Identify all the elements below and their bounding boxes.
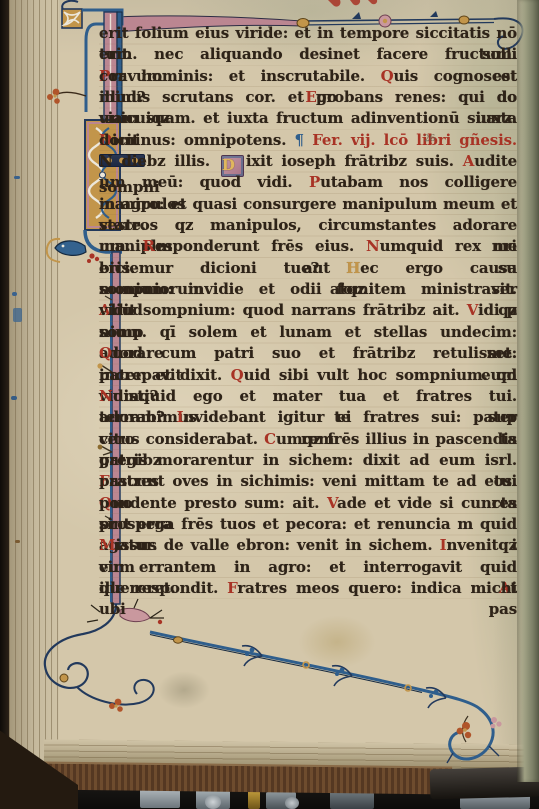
page-edges-left: [9, 0, 59, 765]
text-line: Numquid ego et mater tua et fratres tui.…: [99, 386, 517, 407]
text-line: Quod cum patri suo et frātribz retulisse…: [99, 343, 517, 364]
rubricated-text: C: [264, 430, 276, 448]
text-line: erit folium eius viride: et in tempore s…: [99, 23, 517, 44]
text-line: vestros qz manipulos, circumstantes ador…: [99, 215, 517, 236]
rubricated-text: V: [467, 301, 478, 319]
text-run: pascunt oves in sichimis: veni mittam te…: [99, 472, 517, 490]
screw-head: [285, 797, 299, 809]
text-line: minus scrutans cor. et probans renes: qu…: [99, 87, 517, 108]
text-line: um meū: quod vidi. Putabam nos colligere…: [99, 172, 517, 193]
text-run: vidit sompnium: quod narrans frātribz ai…: [99, 301, 467, 319]
rubricated-text: Fer. vij. lcō libri gñesis.: [312, 131, 517, 149]
text-line: cor hominis: et inscrutabile. Quis cogno…: [99, 66, 517, 87]
rubricated-text: R: [143, 237, 155, 255]
page-edge-speck: [13, 308, 22, 322]
text-line: viam suam. et iuxta fructum adinventionū…: [99, 108, 517, 129]
rubricated-text: F: [227, 579, 237, 597]
text-run: esponderunt frēs eius.: [155, 237, 366, 255]
text-run: biciemur dicioni tue?: [99, 259, 346, 277]
text-run: N diebz illis.: [99, 152, 219, 170]
text-line: in agro: et quasi consurgere manipulum m…: [99, 194, 517, 215]
rubricated-text: Q: [99, 344, 112, 362]
text-run: ¶: [295, 131, 313, 149]
text-run: tum. nec aliquando desinet facere fructu…: [99, 45, 517, 63]
rubricated-text: P: [309, 173, 320, 191]
rubricated-text: N: [366, 237, 380, 255]
rubricated-text: Q: [231, 366, 244, 384]
rubricated-text: V: [327, 494, 337, 512]
rubricated-text: Q: [381, 67, 394, 85]
text-line: monium: invidie et odii fomitem ministra…: [99, 279, 517, 300]
rubricated-text: M: [99, 536, 115, 554]
text-line: dominus: omnipotens. ¶ Fer. vij. lcō lib…: [99, 130, 517, 151]
text-run: um.: [99, 237, 143, 255]
text-run: um meū: quod vidi.: [99, 173, 309, 191]
text-line: terram? Invidebant igitur ei fratres sui…: [99, 407, 517, 428]
text-run: patris morarentur in sichem: dixit ad eu…: [99, 451, 517, 469]
manuscript-photo: erit folium eius viride: et in tempore s…: [0, 0, 539, 809]
textblock-fore-edge: [40, 761, 452, 794]
text-line: vidit sompnium: quod narrans frātribz ai…: [99, 300, 517, 321]
page-edge-speck: [12, 292, 17, 296]
page-edge-speck: [11, 396, 17, 400]
facing-page-edge: [517, 0, 539, 782]
text-line: ille respondit. Fratres meos quero: indi…: [99, 578, 517, 599]
binding-gutter: [0, 0, 9, 780]
text-line: um. Responderunt frēs eius. Numquid rex …: [99, 236, 517, 257]
text-line: citus considerabat. Cumqz frēs illius in…: [99, 429, 517, 450]
rubricated-text: A: [463, 152, 475, 170]
text-line: pascunt oves in sichimis: veni mittam te…: [99, 471, 517, 492]
text-run: terram?: [99, 408, 177, 426]
text-line: nium. qī solem et lunam et stellas undec…: [99, 322, 517, 343]
page-edge-speck: [15, 540, 20, 543]
rubricated-text: N: [99, 387, 113, 405]
text-run: pondente presto sum: ait.: [99, 494, 327, 512]
text-line: biciemur dicioni tue? Hec ergo causa som…: [99, 258, 517, 279]
text-run: citus considerabat.: [99, 430, 264, 448]
text-run: monium: invidie et odii fomitem ministra…: [99, 280, 517, 298]
interlinear-note: 26: [424, 134, 436, 144]
text-line: pondente presto sum: ait. Vade et vide s…: [99, 493, 517, 514]
text-line: patris morarentur in sichem: dixit ad eu…: [99, 450, 517, 471]
text-run: issus de valle ebron: venit in sichem.: [115, 536, 439, 554]
text-line: N diebz illis. Dixit ioseph frātribz sui…: [99, 151, 517, 172]
page-edge-speck: [14, 176, 20, 179]
text-run: H: [346, 259, 360, 277]
text-line: Missus de valle ebron: venit in sichem. …: [99, 535, 517, 556]
text-run: cor hominis: et inscrutabile.: [99, 67, 381, 85]
manuscript-text: erit folium eius viride: et in tempore s…: [99, 23, 517, 599]
screw-head: [205, 795, 221, 809]
text-run: pater. et dixit.: [99, 366, 231, 384]
text-run: ille respondit.: [99, 579, 227, 597]
text-run: ixit ioseph frātribz suis.: [246, 152, 463, 170]
text-run: dominus: omnipotens.: [99, 131, 295, 149]
rubricated-text: I: [177, 408, 184, 426]
text-line: sint erga frēs tuos et pecora: et renunc…: [99, 514, 517, 535]
text-run: viam suam. et iuxta fructum adinventionū…: [99, 109, 517, 127]
text-line: vir errantem in agro: et interrogavit qu…: [99, 557, 517, 578]
text-line: tum. nec aliquando desinet facere fructu…: [99, 44, 517, 65]
text-line: pater. et dixit. Quid sibi vult hoc somp…: [99, 365, 517, 386]
